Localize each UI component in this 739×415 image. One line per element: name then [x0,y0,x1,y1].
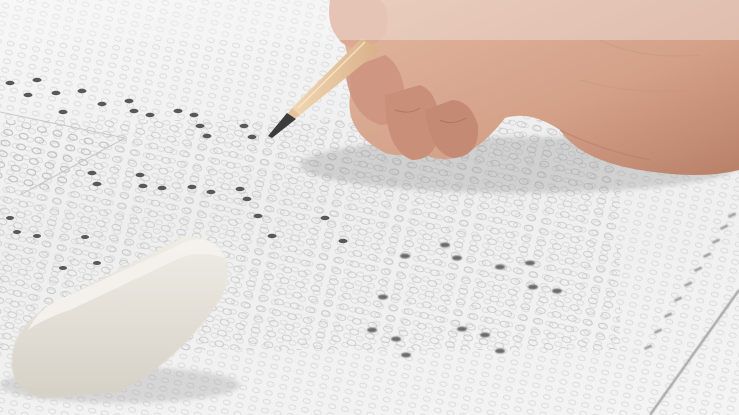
photo-illustration [0,0,739,415]
answer-sheet-photo [0,0,739,415]
